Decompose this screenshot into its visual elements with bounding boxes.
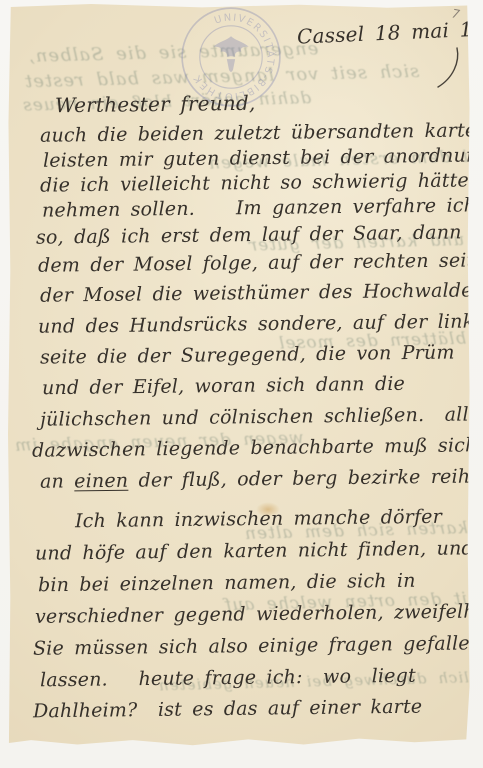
text-line: dazwischen liegende benachbarte muß sich (32, 434, 478, 461)
text-line: Dahlheim? ist es das auf einer karte (33, 696, 423, 723)
text-line: der Mosel die weisthümer des Hochwaldes (40, 279, 483, 306)
text-segment: an (40, 470, 74, 492)
salutation: Werthester freund, (55, 91, 256, 117)
dateline: Cassel 18 mai 1839 (297, 15, 483, 48)
text-line: Sie müssen sich also einige fragen gefal… (33, 632, 482, 659)
text-line: und höfe auf den karten nicht finden, un… (35, 537, 474, 564)
letter-page: engeraumte sie die Salben, sich seit vor… (8, 4, 470, 746)
text-line: bin bei einzelnen namen, die sich in (38, 570, 416, 597)
pen-flourish-icon (435, 46, 461, 90)
text-line: lassen. heute frage ich: wo liegt (40, 665, 416, 692)
text-line: verschiedner gegend wiederholen, zweifel… (35, 600, 483, 628)
text-line: dem der Mosel folge, auf der rechten sei… (38, 249, 483, 276)
text-line: die ich vielleicht nicht so schwierig hä… (40, 169, 469, 196)
text-line: und der Eifel, woran sich dann die (42, 373, 405, 399)
eagle-icon (213, 36, 248, 72)
text-line: jülichschen und cölnischen schließen. al… (40, 403, 483, 430)
text-line: nehmen sollen. Im ganzen verfahre ich (42, 194, 476, 221)
text-line: an einen der fluß, oder berg bezirke rei… (40, 465, 483, 493)
text-line: seite die der Suregegend, die von Prüm (40, 341, 455, 368)
text-segment: der fluß, oder berg bezirke reihen. (128, 465, 483, 492)
scan-background: engeraumte sie die Salben, sich seit vor… (0, 0, 483, 768)
underlined-word: einen (74, 470, 128, 493)
ink-stain (256, 502, 280, 517)
text-line: auch die beiden zuletzt übersandten kart… (40, 119, 483, 146)
stamp-ring-inner (200, 26, 262, 88)
